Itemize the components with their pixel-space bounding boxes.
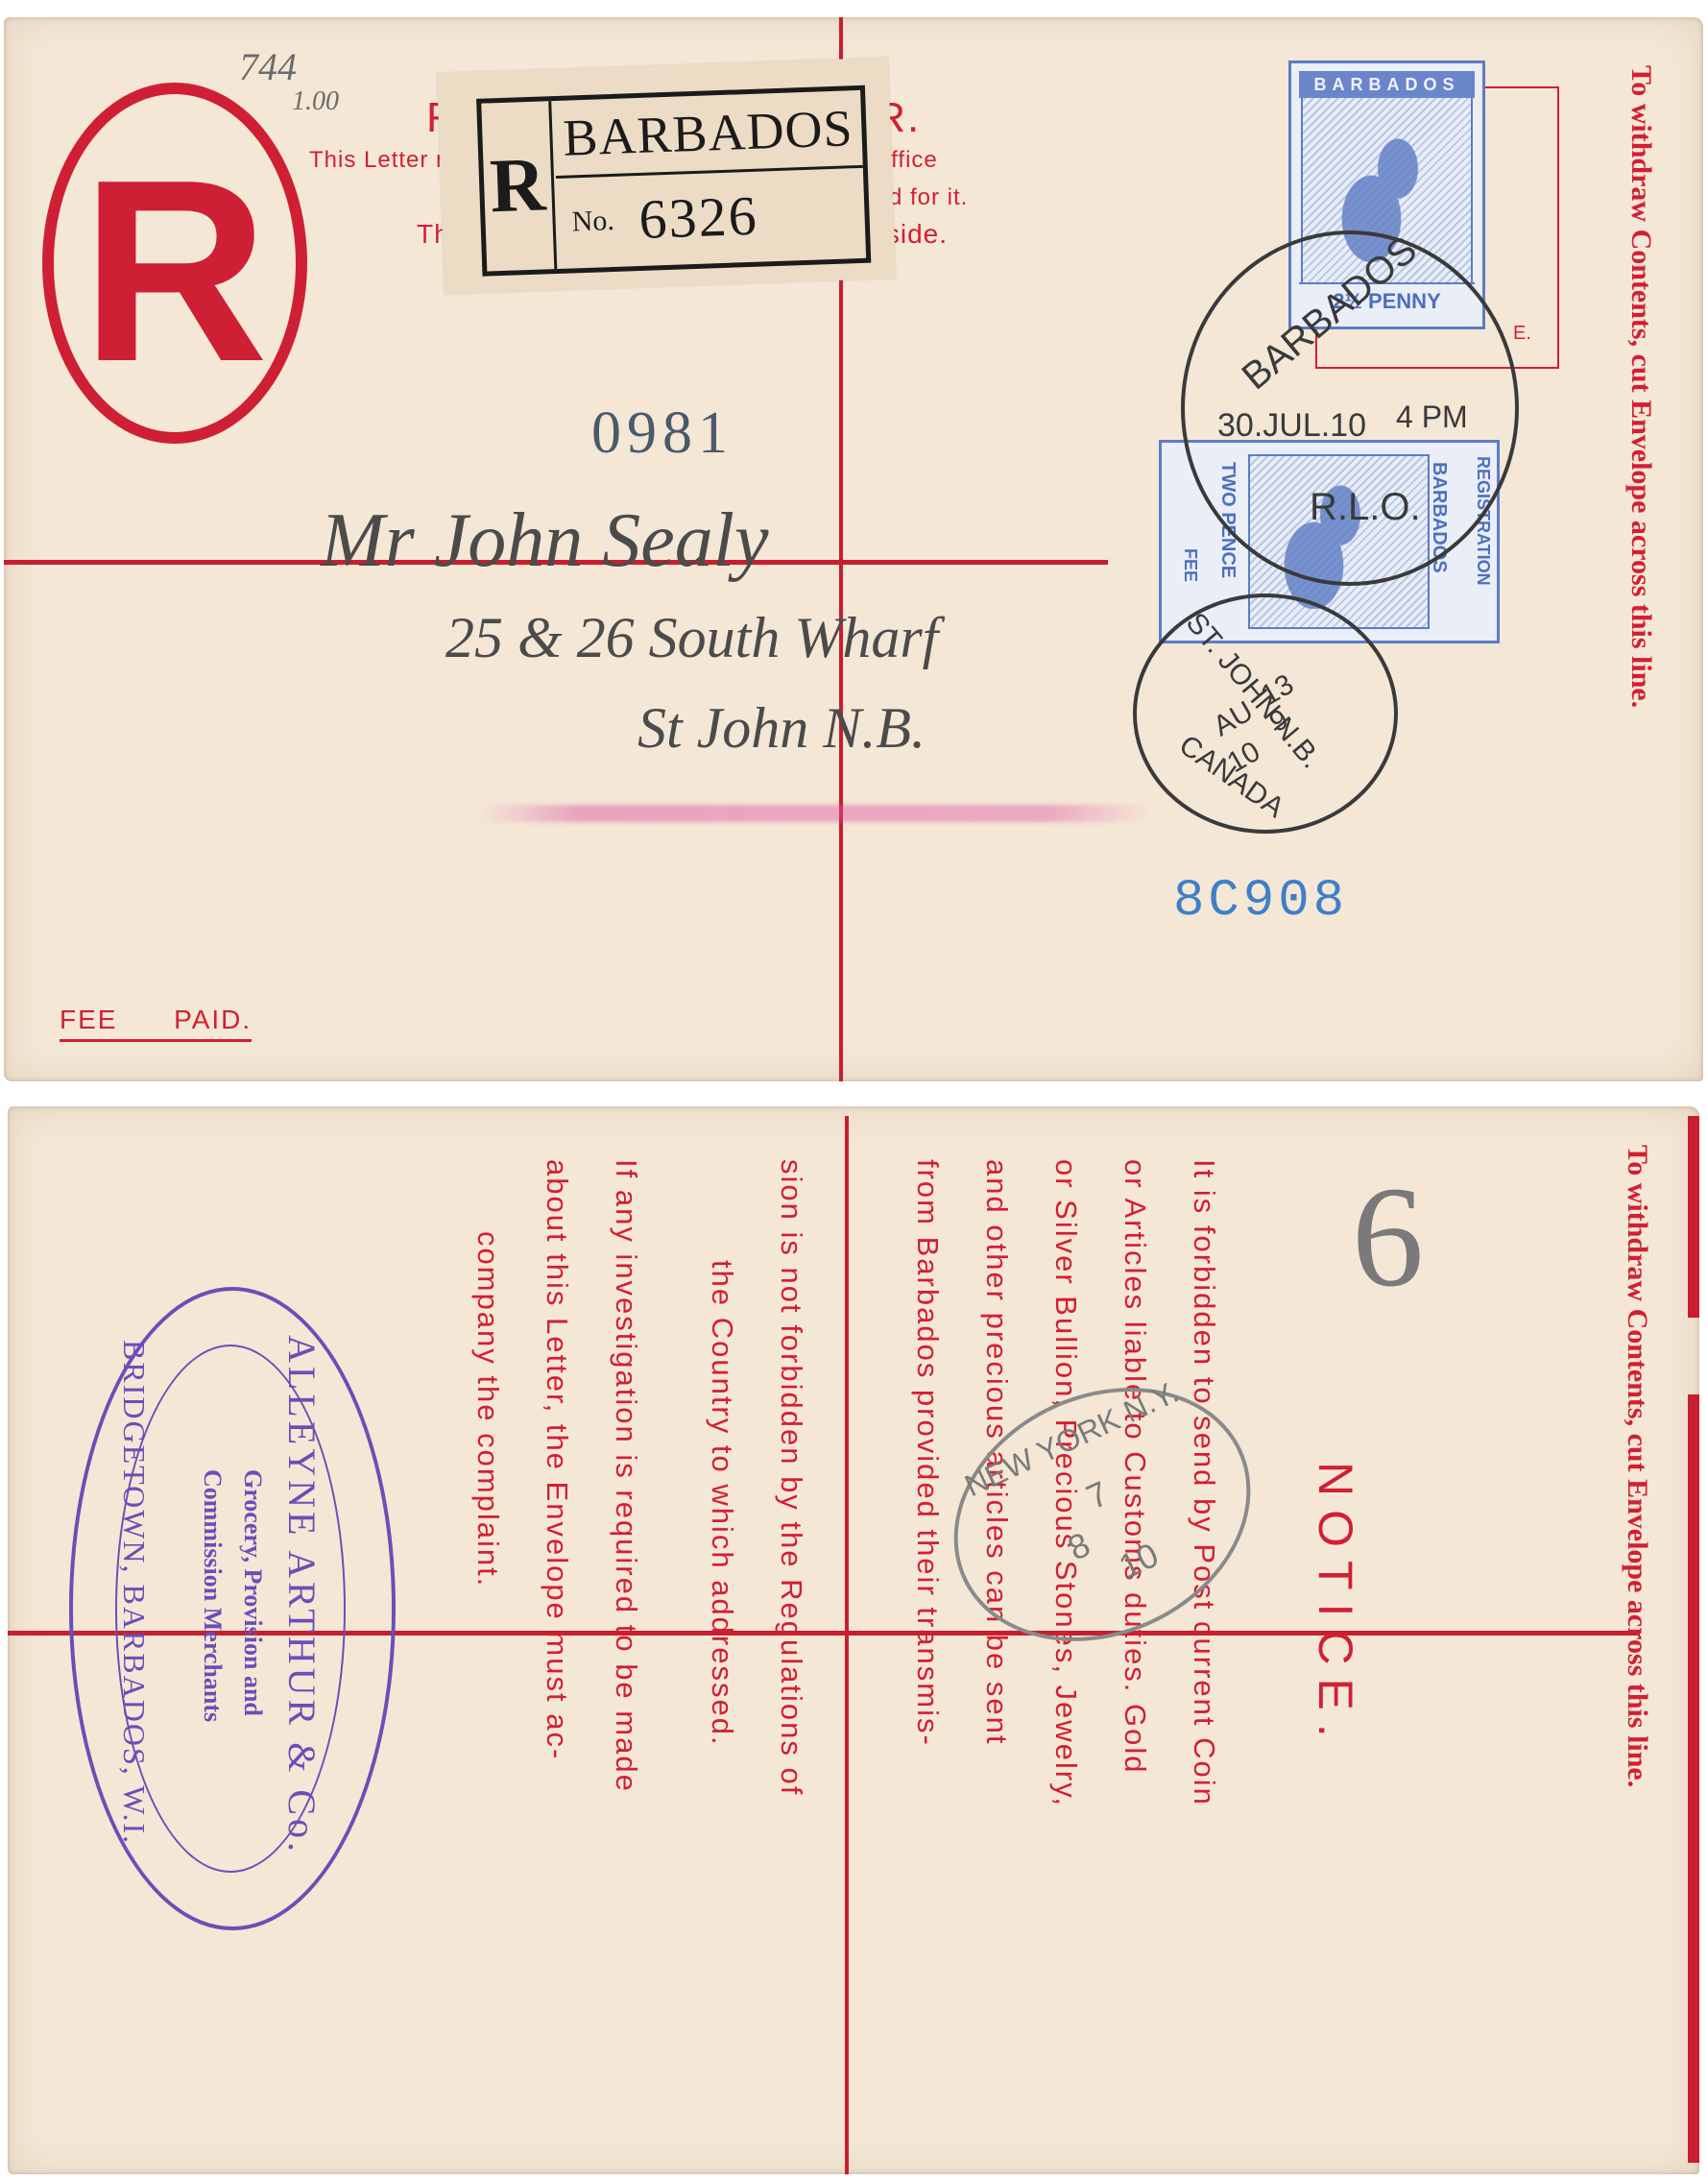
registration-label-r: R xyxy=(481,101,557,271)
registered-r-letter: R xyxy=(54,152,296,392)
postmark-office: R.L.O. xyxy=(1310,486,1421,529)
postmark-date: 30.JUL.10 xyxy=(1217,407,1366,445)
pencil-note-744: 744 xyxy=(239,44,297,89)
notice-line-8: If any investigation is required to be m… xyxy=(609,1159,643,1793)
st-john-canada-postmark: ST. JOHN N.B. 13 AU 9 10 CANADA xyxy=(1133,594,1398,834)
registration-label-country: BARBADOS xyxy=(553,90,863,179)
withdraw-contents-instruction: To withdraw Contents, cut Envelope acros… xyxy=(1624,65,1657,708)
address-street: 25 & 26 South Wharf xyxy=(445,605,938,671)
withdraw-contents-instruction: To withdraw Contents, cut Envelope acros… xyxy=(1621,1145,1653,1787)
postmark-num: 7 xyxy=(1080,1473,1115,1518)
envelope-front: R REGISTERED LETTER. This Letter must be… xyxy=(4,17,1703,1081)
ink-smudge xyxy=(479,805,1151,822)
postmark-country: CANADA xyxy=(1173,729,1290,825)
arrival-number: 0981 xyxy=(591,400,734,468)
flap-edge xyxy=(1688,1116,1699,1318)
new-york-transit-postmark: NEW YORK N.Y. 7 8 10 xyxy=(912,1341,1292,1688)
notice-line-6: sion is not forbidden by the Regulations… xyxy=(774,1159,808,1796)
postmark-place: BARBADOS xyxy=(1235,229,1426,399)
address-name: Mr John Sealy xyxy=(321,497,769,585)
registration-label: R BARBADOS No. 6326 xyxy=(437,58,896,294)
stamp-country: BARBADOS xyxy=(1299,71,1475,98)
flap-edge xyxy=(1688,1394,1699,2163)
barbados-postmark: BARBADOS 30.JUL.10 4 PM R.L.O. xyxy=(1181,230,1519,586)
notice-line-5: from Barbados provided their transmis- xyxy=(910,1159,945,1747)
stamp-box-text: E. xyxy=(1513,323,1531,345)
postmark-year: 10 xyxy=(1113,1535,1165,1587)
address-city: St John N.B. xyxy=(637,695,926,762)
notice-line-7: the Country to which addressed. xyxy=(705,1260,739,1747)
postmark-time: 4 PM xyxy=(1396,400,1468,435)
merchant-line-2: Commission Merchants xyxy=(198,1469,227,1722)
merchant-name: ALLEYNE ARTHUR & Co. xyxy=(279,1335,325,1855)
registered-r-circle-icon: R xyxy=(42,83,307,444)
fee-paid-label: FEE PAID. xyxy=(60,1005,252,1042)
blue-registration-number: 8C908 xyxy=(1173,872,1348,931)
pencil-note-price: 1.00 xyxy=(292,86,339,117)
vertical-guide-line xyxy=(845,1116,849,2174)
notice-line-9: about this Letter, the Envelope must ac- xyxy=(540,1159,574,1760)
notice-title: NOTICE. xyxy=(1308,1462,1363,1751)
pencil-note-6: 6 xyxy=(1352,1154,1424,1320)
registration-label-box: R BARBADOS No. 6326 xyxy=(476,85,871,277)
merchant-line-1: Grocery, Provision and xyxy=(238,1469,267,1716)
registration-label-no-prefix: No. xyxy=(570,178,615,265)
registration-label-number: 6326 xyxy=(637,173,759,263)
postmark-day: 8 xyxy=(1062,1524,1096,1569)
merchant-address: BRIDGETOWN, BARBADOS, W.I. xyxy=(116,1340,152,1845)
stamp-fee-text: FEE xyxy=(1180,548,1200,582)
notice-line-10: company the complaint. xyxy=(470,1231,505,1587)
